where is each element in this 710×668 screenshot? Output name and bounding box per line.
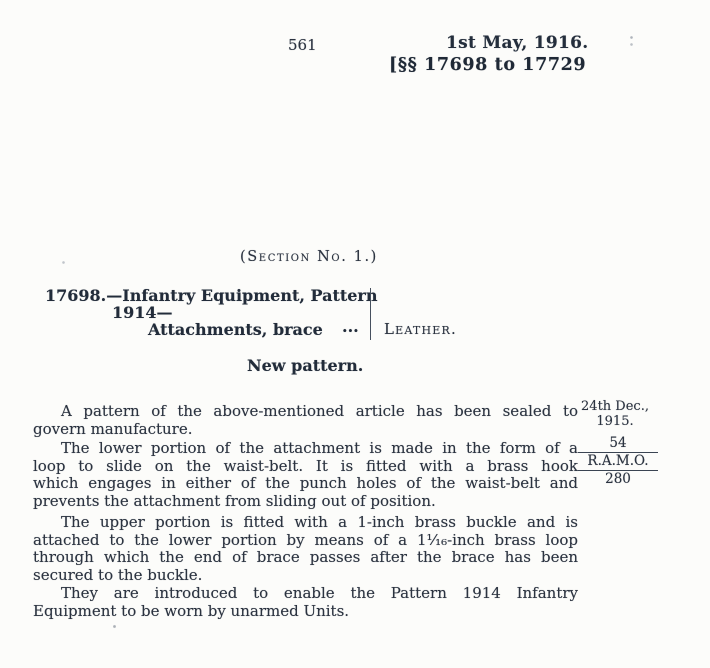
text-line: The lower portion of the attachment is m…: [33, 440, 578, 458]
issue-date: 1st May, 1916.: [446, 33, 589, 53]
text-line: A pattern of the above-mentioned article…: [33, 403, 578, 421]
page-number: 561: [288, 36, 317, 54]
text-line: govern manufacture.: [33, 421, 578, 439]
subheading-new-pattern: New pattern.: [247, 356, 363, 375]
text-line: which engages in either of the punch hol…: [33, 475, 578, 493]
text-line: secured to the buckle.: [33, 567, 578, 585]
scan-speck: [630, 36, 633, 46]
text-line: through which the end of brace passes af…: [33, 549, 578, 567]
text-line: loop to slide on the waist-belt. It is f…: [33, 458, 578, 476]
paragraph-introduction-purpose: They are introduced to enable the Patter…: [33, 585, 578, 620]
entry-item-label: Attachments, brace: [148, 320, 323, 339]
paragraph-lower-portion: The lower portion of the attachment is m…: [33, 440, 578, 510]
entry-material-label: Leather.: [384, 320, 457, 338]
sidenote-reference: 54 R.A.M.O. 280: [578, 436, 658, 487]
text-line: Equipment to be worn by unarmed Units.: [33, 603, 578, 621]
sidenote-ref-number-top: 54: [578, 436, 658, 453]
paragraph-sealed-pattern: A pattern of the above-mentioned article…: [33, 403, 578, 438]
document-page: 561 1st May, 1916. [§§ 17698 to 17729 (S…: [0, 0, 710, 668]
scan-speck: [113, 624, 116, 629]
sidenote-sealed-date: 24th Dec., 1915.: [579, 400, 651, 429]
paragraph-upper-portion: The upper portion is fitted with a 1-inc…: [33, 514, 578, 584]
sidenote-ref-number-bottom: 280: [578, 472, 658, 487]
sidenote-date-line2: 1915.: [579, 415, 651, 430]
scan-speck: [62, 261, 65, 264]
leader-dots: ...: [342, 317, 359, 336]
section-range: [§§ 17698 to 17729: [389, 55, 586, 75]
entry-title-line1: 17698.—Infantry Equipment, Pattern: [45, 286, 377, 305]
text-line: attached to the lower portion by means o…: [33, 532, 578, 550]
text-line: They are introduced to enable the Patter…: [33, 585, 578, 603]
sidenote-date-line1: 24th Dec.,: [579, 400, 651, 415]
text-line: The upper portion is fitted with a 1-inc…: [33, 514, 578, 532]
sidenote-ref-source: R.A.M.O.: [578, 454, 658, 471]
text-line: prevents the attachment from sliding out…: [33, 493, 578, 511]
vertical-rule: [370, 288, 371, 340]
section-heading: (Section No. 1.): [240, 249, 378, 265]
